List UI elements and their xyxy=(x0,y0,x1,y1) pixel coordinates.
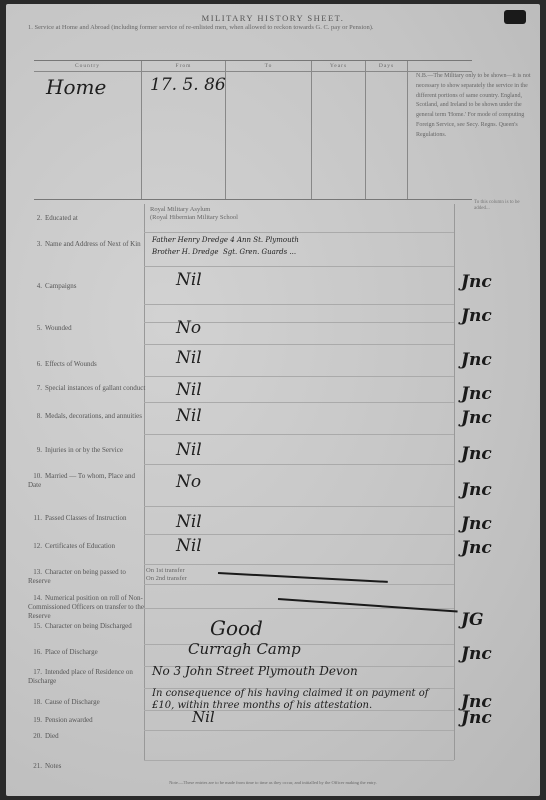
col-header-days: Days xyxy=(366,63,407,69)
label-campaigns: 4.Campaigns xyxy=(28,282,146,291)
label-cause-of-discharge: 18.Cause of Discharge xyxy=(28,698,146,707)
col-years: Years xyxy=(312,61,366,199)
label-intended-residence: 17.Intended place of Residence on Discha… xyxy=(28,668,146,686)
section-1-heading: 1. Service at Home and Abroad (including… xyxy=(28,24,373,31)
gallant-initials: Jnc xyxy=(461,384,492,404)
effects-value: Nil xyxy=(176,348,202,368)
pension-value: Nil xyxy=(192,708,215,726)
label-next-of-kin: 3.Name and Address of Next of Kin xyxy=(28,240,146,249)
pension-initials: Jnc xyxy=(461,708,492,728)
medals-value: Nil xyxy=(176,406,202,426)
document-title: MILITARY HISTORY SHEET. xyxy=(6,13,540,23)
gallant-value: Nil xyxy=(176,380,202,400)
strikethrough-line xyxy=(278,598,458,613)
place-initials: Jnc xyxy=(461,644,492,664)
classes-value: Nil xyxy=(176,512,202,532)
label-notes: 21.Notes xyxy=(28,762,146,771)
label-character-discharge: 15.Character on being Discharged xyxy=(28,622,146,631)
place-of-discharge-value: Curragh Camp xyxy=(188,640,301,658)
right-margin-note: To this column is to be added... xyxy=(474,200,534,212)
classes-initials: Jnc xyxy=(461,514,492,534)
intended-residence-value: No 3 John Street Plymouth Devon xyxy=(152,664,358,678)
label-injuries: 9.Injuries in or by the Service xyxy=(28,446,146,455)
married-value: No xyxy=(176,472,201,492)
character-initials: JG xyxy=(461,610,484,630)
educated-printed: Royal Military Asylum (Royal Hibernian M… xyxy=(150,206,238,222)
effects-initials: Jnc xyxy=(461,350,492,370)
certificates-initials: Jnc xyxy=(461,538,492,558)
col-header-years: Years xyxy=(312,63,365,69)
medals-initials: Jnc xyxy=(461,408,492,428)
label-numerical-position: 14.Numerical position on roll of Non-Com… xyxy=(28,594,146,621)
label-pension: 19.Pension awarded xyxy=(28,716,146,725)
married-initials: Jnc xyxy=(461,480,492,500)
certificates-value: Nil xyxy=(176,536,202,556)
label-died: 20.Died xyxy=(28,732,146,741)
character-value: Good xyxy=(210,616,263,640)
nb-note: N.B.—The Military only to be shown—it is… xyxy=(416,72,538,141)
wounded-value: No xyxy=(176,318,201,338)
label-educated: 2.Educated at xyxy=(28,214,146,223)
label-married: 10.Married — To whom, Place and Date xyxy=(28,472,146,490)
label-place-of-discharge: 16.Place of Discharge xyxy=(28,648,146,657)
col-header-from: From xyxy=(142,63,225,69)
injuries-value: Nil xyxy=(176,440,202,460)
strikethrough-line xyxy=(218,572,388,583)
col-to: To xyxy=(226,61,312,199)
extra-initials: Jnc xyxy=(461,306,492,326)
col-header-to: To xyxy=(226,63,311,69)
label-classes: 11.Passed Classes of Instruction xyxy=(28,514,146,523)
col-days: Days xyxy=(366,61,408,199)
label-wounded: 5.Wounded xyxy=(28,324,146,333)
service-country: Home xyxy=(46,75,106,99)
campaigns-value: Nil xyxy=(176,270,202,290)
campaigns-initials: Jnc xyxy=(461,272,492,292)
label-certificates: 12.Certificates of Education xyxy=(28,542,146,551)
footnote: Note.—These entries are to be made from … xyxy=(6,780,540,785)
label-character-reserve: 13.Character on being passed to Reserve xyxy=(28,568,146,586)
label-gallant-conduct: 7.Special instances of gallant conduct xyxy=(28,384,146,393)
service-table: Country From To Years Days Home 17. 5. 8… xyxy=(34,60,472,200)
reserve-transfer-printed: On 1st transfer On 2nd transfer xyxy=(146,567,187,583)
col-header-country: Country xyxy=(34,63,141,69)
label-medals: 8.Medals, decorations, and annuities xyxy=(28,412,146,421)
injuries-initials: Jnc xyxy=(461,444,492,464)
service-from-date: 17. 5. 86 xyxy=(150,75,226,95)
next-of-kin-value: Father Henry Dredge 4 Ann St. Plymouth B… xyxy=(152,234,299,258)
label-effects-of-wounds: 6.Effects of Wounds xyxy=(28,360,146,369)
military-history-sheet: MILITARY HISTORY SHEET. 1. Service at Ho… xyxy=(6,4,540,796)
